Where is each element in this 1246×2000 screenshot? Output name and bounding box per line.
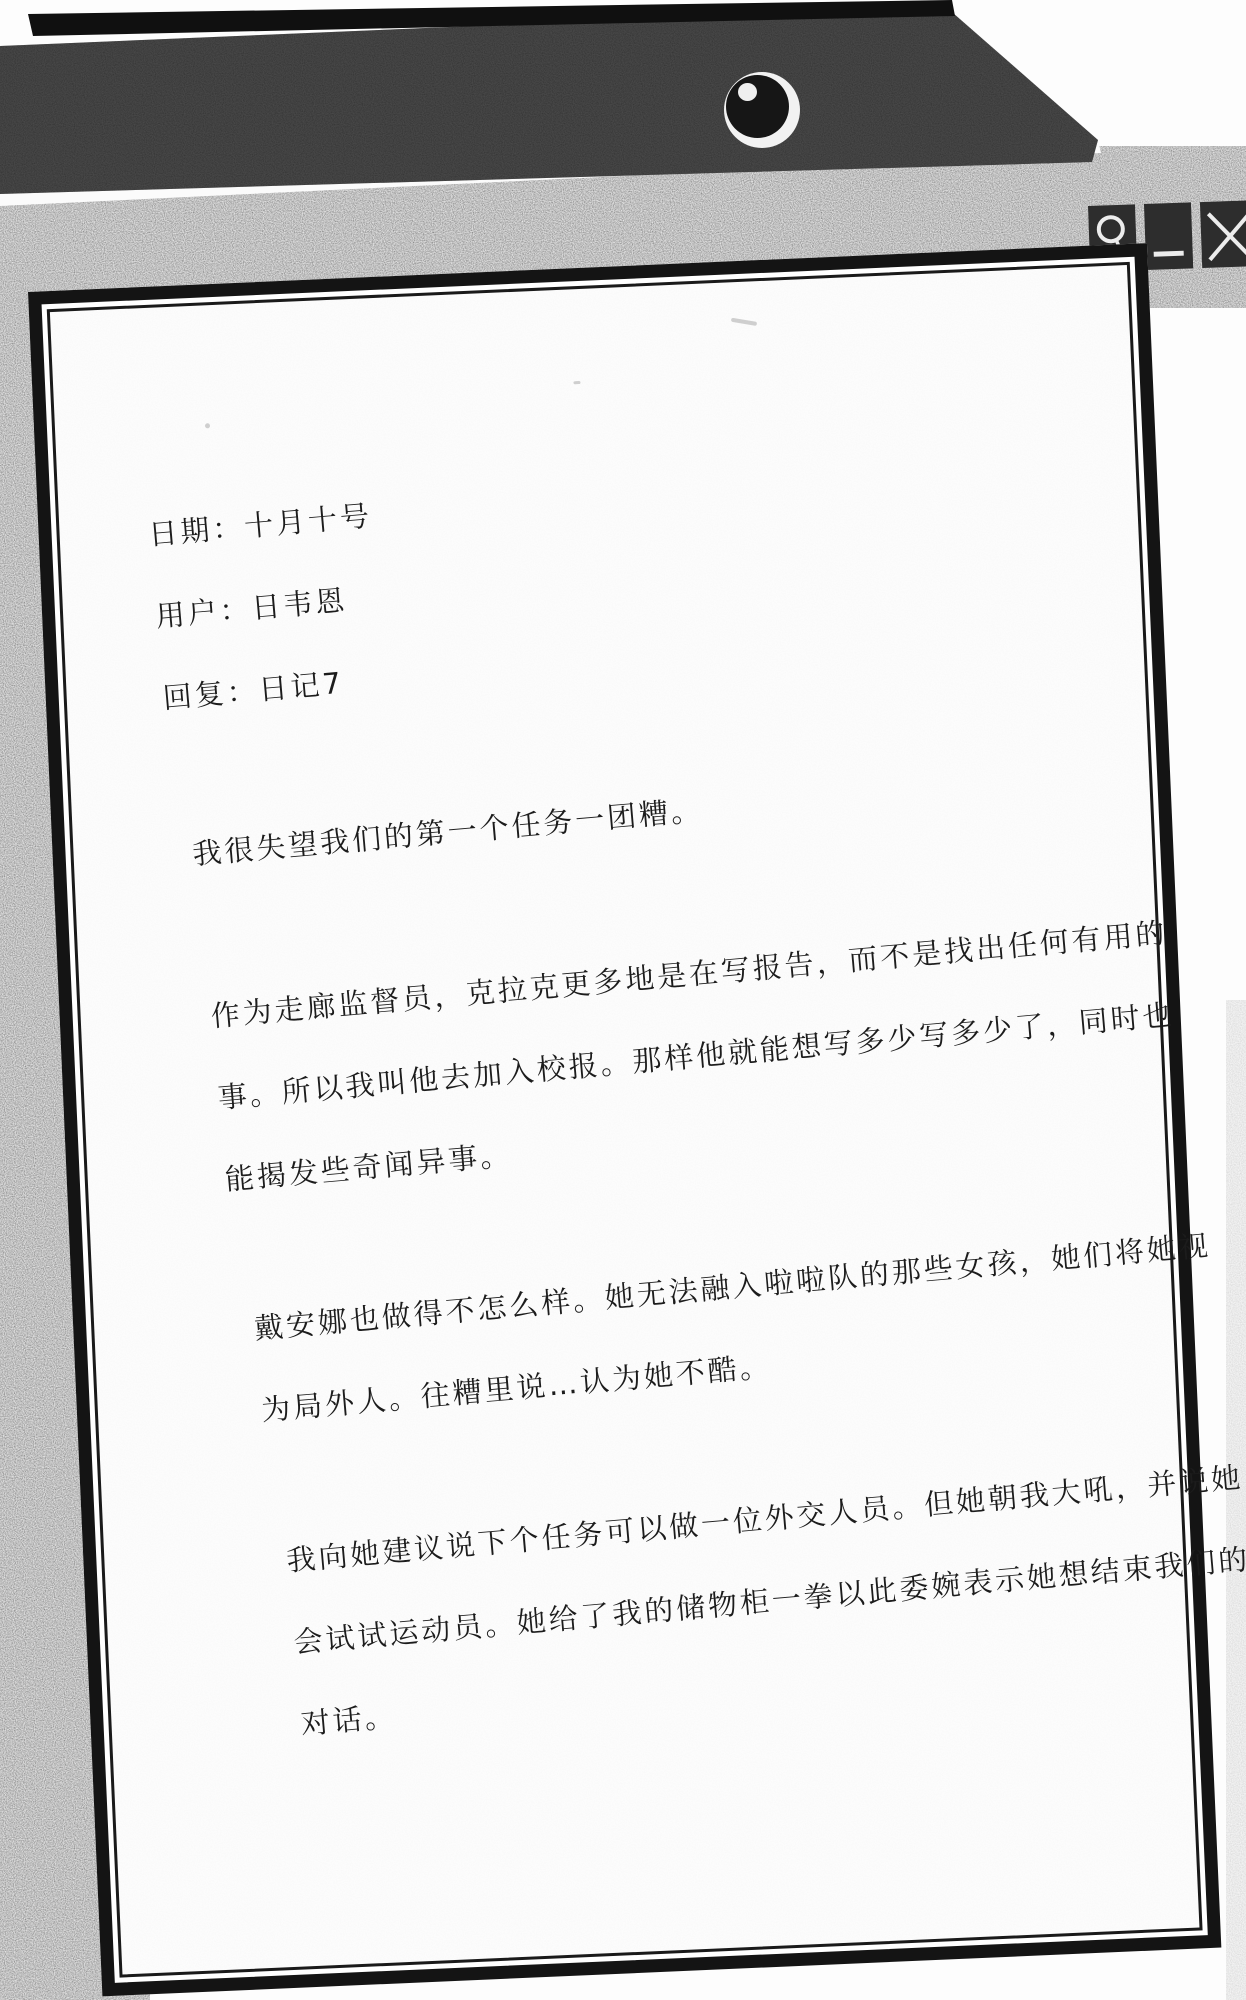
diary-text-block: 日期：十月十号 用户：日韦恩 回复：日记7 我很失望我们的第一个任务一团糟。 作… — [147, 426, 1246, 1768]
smudge — [731, 318, 757, 326]
diary-page: 日期：十月十号 用户：日韦恩 回复：日记7 我很失望我们的第一个任务一团糟。 作… — [28, 243, 1221, 1996]
smudge — [573, 381, 580, 384]
smudge — [205, 423, 210, 428]
webcam — [724, 72, 800, 148]
diary-line: 我很失望我们的第一个任务一团糟。 — [191, 788, 705, 873]
webcam-lens — [726, 75, 789, 138]
close-icon — [1200, 200, 1246, 268]
minimize-button[interactable] — [1144, 202, 1193, 270]
webcam-glint — [738, 83, 757, 101]
diary-meta-subject: 回复：日记7 — [161, 661, 345, 718]
minimize-icon — [1154, 251, 1184, 257]
diary-line: 能揭发些奇闻异事。 — [223, 1133, 513, 1199]
diary-line: 对话。 — [299, 1694, 398, 1743]
game-computer-screen: 日期：十月十号 用户：日韦恩 回复：日记7 我很失望我们的第一个任务一团糟。 作… — [0, 0, 1246, 2000]
diary-line: 戴安娜也做得不怎么样。她无法融入啦啦队的那些女孩，她们将她视 — [252, 1223, 1212, 1348]
diary-meta-date: 日期：十月十号 — [147, 494, 374, 554]
diary-line: 为局外人。往糟里说…认为她不酷。 — [259, 1344, 773, 1429]
close-button[interactable] — [1200, 200, 1246, 268]
page-inner-frame: 日期：十月十号 用户：日韦恩 回复：日记7 我很失望我们的第一个任务一团糟。 作… — [47, 262, 1203, 1978]
diary-meta-user: 用户：日韦恩 — [154, 578, 349, 636]
